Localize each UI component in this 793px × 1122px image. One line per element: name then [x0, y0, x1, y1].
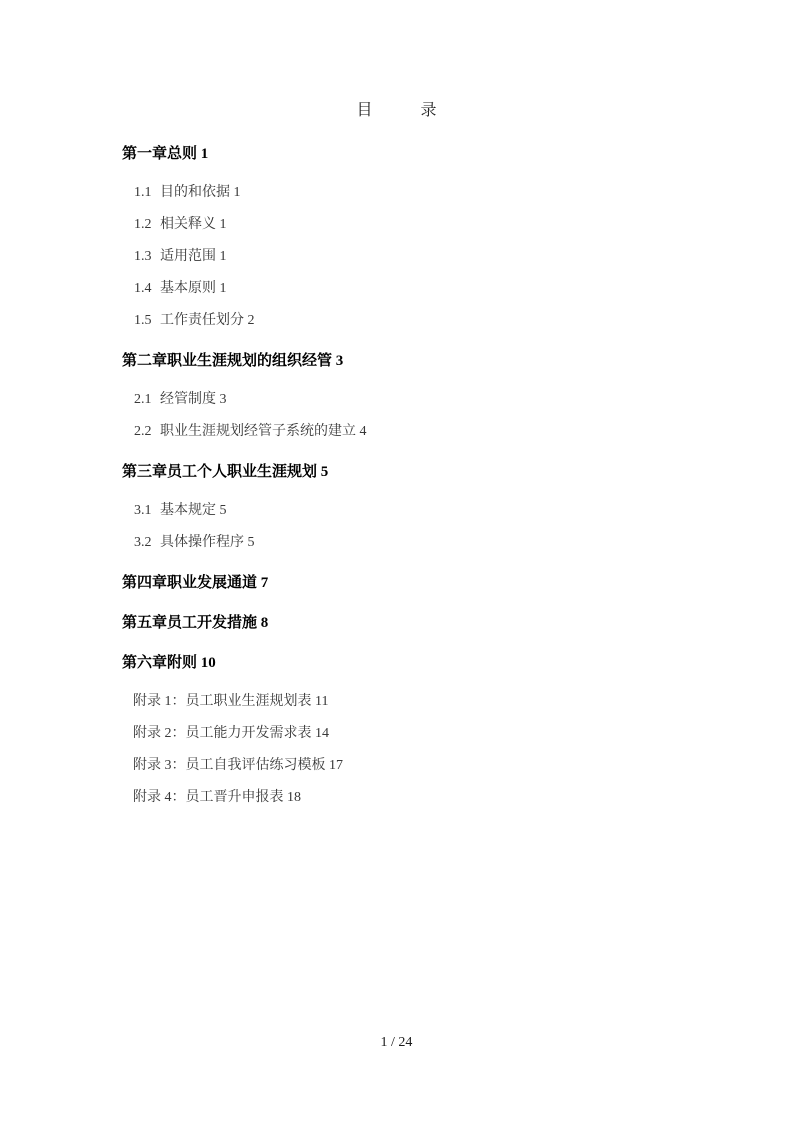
toc-entry-page: 1: [220, 217, 227, 232]
toc-entry-title: 员工晋升申报表: [186, 790, 284, 805]
toc-entry-title: 员工职业生涯规划表: [186, 694, 312, 709]
toc-entry-chapter[interactable]: 第六章附则 10: [122, 647, 733, 679]
toc-entry-number: 附录 3：: [133, 758, 186, 773]
toc-entry-title: 相关释义: [160, 217, 216, 232]
toc-entry-number: 2.1: [134, 384, 160, 416]
toc-entry-page: 1: [234, 185, 241, 200]
toc-entry-title: 员工自我评估练习模板: [186, 758, 326, 773]
toc-entry-item[interactable]: 1.3适用范围 1: [122, 241, 733, 273]
toc-entry-title: 基本原则: [160, 281, 216, 296]
toc-entry-title: 经管制度: [160, 392, 216, 407]
toc-list: 第一章总则 11.1目的和依据 11.2相关释义 11.3适用范围 11.4基本…: [122, 138, 733, 814]
toc-entry-title: 第三章员工个人职业生涯规划: [122, 464, 317, 480]
toc-entry-page: 18: [287, 790, 301, 805]
toc-entry-number: 1.5: [134, 305, 160, 337]
toc-entry-item[interactable]: 3.1基本规定 5: [122, 495, 733, 527]
toc-entry-item[interactable]: 1.5工作责任划分 2: [122, 305, 733, 337]
toc-entry-page: 10: [201, 655, 216, 671]
toc-entry-page: 5: [220, 503, 227, 518]
page-number: 1 / 24: [0, 1033, 793, 1053]
toc-entry-appendix[interactable]: 附录 3：员工自我评估练习模板 17: [122, 750, 733, 782]
toc-entry-page: 14: [315, 726, 329, 741]
toc-entry-title: 具体操作程序: [160, 535, 244, 550]
toc-entry-item[interactable]: 3.2具体操作程序 5: [122, 527, 733, 559]
toc-entry-page: 4: [360, 424, 367, 439]
toc-entry-title: 第一章总则: [122, 146, 197, 162]
toc-entry-title: 适用范围: [160, 249, 216, 264]
toc-entry-appendix[interactable]: 附录 4：员工晋升申报表 18: [122, 782, 733, 814]
toc-entry-page: 1: [220, 249, 227, 264]
toc-entry-number: 1.1: [134, 177, 160, 209]
toc-entry-chapter[interactable]: 第三章员工个人职业生涯规划 5: [122, 456, 733, 488]
toc-entry-number: 附录 2：: [133, 726, 186, 741]
toc-entry-page: 1: [220, 281, 227, 296]
toc-entry-page: 8: [261, 615, 269, 631]
toc-entry-title: 职业生涯规划经管子系统的建立: [160, 424, 356, 439]
toc-entry-page: 2: [248, 313, 255, 328]
toc-entry-page: 5: [248, 535, 255, 550]
toc-entry-number: 3.2: [134, 527, 160, 559]
toc-entry-page: 5: [321, 464, 329, 480]
toc-entry-item[interactable]: 1.4基本原则 1: [122, 273, 733, 305]
toc-entry-title: 员工能力开发需求表: [186, 726, 312, 741]
toc-entry-number: 2.2: [134, 416, 160, 448]
toc-entry-title: 第四章职业发展通道: [122, 575, 257, 591]
toc-entry-title: 第六章附则: [122, 655, 197, 671]
toc-entry-page: 7: [261, 575, 269, 591]
toc-entry-title: 第二章职业生涯规划的组织经管: [122, 353, 332, 369]
toc-entry-item[interactable]: 2.1经管制度 3: [122, 384, 733, 416]
toc-entry-page: 1: [201, 146, 209, 162]
toc-entry-number: 1.3: [134, 241, 160, 273]
toc-entry-number: 附录 1：: [133, 694, 186, 709]
toc-entry-title: 第五章员工开发措施: [122, 615, 257, 631]
toc-entry-number: 附录 4：: [133, 790, 186, 805]
document-page: 目 录 第一章总则 11.1目的和依据 11.2相关释义 11.3适用范围 11…: [0, 0, 793, 1122]
toc-entry-page: 17: [329, 758, 343, 773]
toc-entry-title: 工作责任划分: [160, 313, 244, 328]
toc-entry-number: 3.1: [134, 495, 160, 527]
toc-entry-number: 1.4: [134, 273, 160, 305]
toc-entry-chapter[interactable]: 第一章总则 1: [122, 138, 733, 170]
toc-entry-number: 1.2: [134, 209, 160, 241]
toc-entry-appendix[interactable]: 附录 1：员工职业生涯规划表 11: [122, 686, 733, 718]
toc-entry-chapter[interactable]: 第二章职业生涯规划的组织经管 3: [122, 345, 733, 377]
toc-entry-title: 基本规定: [160, 503, 216, 518]
toc-entry-item[interactable]: 1.2相关释义 1: [122, 209, 733, 241]
toc-entry-title: 目的和依据: [160, 185, 230, 200]
toc-entry-page: 3: [220, 392, 227, 407]
toc-entry-page: 11: [315, 694, 328, 709]
toc-entry-page: 3: [336, 353, 344, 369]
toc-title: 目 录: [0, 101, 793, 121]
toc-entry-appendix[interactable]: 附录 2：员工能力开发需求表 14: [122, 718, 733, 750]
toc-entry-item[interactable]: 1.1目的和依据 1: [122, 177, 733, 209]
toc-entry-chapter[interactable]: 第四章职业发展通道 7: [122, 567, 733, 599]
toc-entry-chapter[interactable]: 第五章员工开发措施 8: [122, 607, 733, 639]
toc-entry-item[interactable]: 2.2职业生涯规划经管子系统的建立 4: [122, 416, 733, 448]
